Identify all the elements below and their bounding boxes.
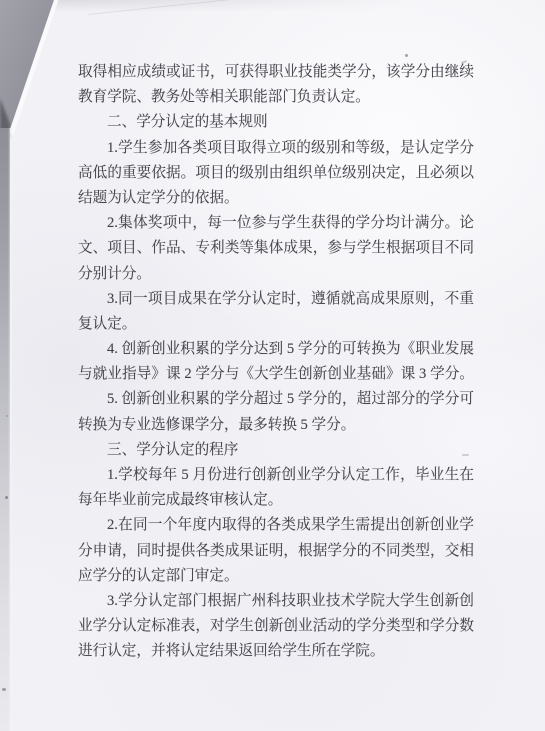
scan-speck: [405, 54, 408, 57]
document-line: 3.同一项目成果在学分认定时，遵循就高成果原则，不重: [78, 287, 474, 312]
document-line: 教育学院、教务处等相关职能部门负责认定。: [78, 85, 474, 110]
top-edge-shadow: [40, 0, 420, 12]
document-line: 5. 创新创业积累的学分超过 5 学分的，超过部分的学分可: [78, 387, 474, 412]
scanner-bed-corner: [0, 0, 54, 136]
document-line: 复认定。: [78, 312, 474, 337]
document-line: 高低的重要依据。项目的级别由组织单位级别决定，且必须以: [78, 161, 474, 186]
document-line: 每年毕业前完成最终审核认定。: [78, 488, 474, 513]
document-text-block: 取得相应成绩或证书，可获得职业技能类学分，该学分由继续教育学院、教务处等相关职能…: [78, 60, 474, 665]
document-line: 1.学校每年 5 月份进行创新创业学分认定工作，毕业生在: [78, 463, 474, 488]
scan-speck: [6, 415, 8, 417]
section-heading: 二、学分认定的基本规则: [78, 110, 474, 135]
document-line: 业学分认定标准表，对学生创新创业活动的学分类型和学分数: [78, 614, 474, 639]
document-line: 1.学生参加各类项目取得立项的级别和等级，是认定学分: [78, 136, 474, 161]
document-line: 进行认定，并将认定结果返回给学生所在学院。: [78, 639, 474, 664]
document-line: 文、项目、作品、专利类等集体成果，参与学生根据项目不同: [78, 236, 474, 261]
document-line: 分申请，同时提供各类成果证明，根据学分的不同类型，交相: [78, 539, 474, 564]
document-line: 与就业指导》课 2 学分与《大学生创新创业基础》课 3 学分。: [78, 362, 474, 387]
scan-speck: [5, 496, 8, 499]
left-edge-shadow: [0, 128, 10, 731]
scan-speck: [2, 688, 6, 691]
document-line: 结题为认定学分的依据。: [78, 186, 474, 211]
section-heading: 三、学分认定的程序: [78, 438, 474, 463]
document-line: 转换为专业选修课学分，最多转换 5 学分。: [78, 413, 474, 438]
document-line: 2.集体奖项中，每一位参与学生获得的学分均计满分。论: [78, 211, 474, 236]
document-line: 4. 创新创业积累的学分达到 5 学分的可转换为《职业发展: [78, 337, 474, 362]
scanned-document-page: 取得相应成绩或证书，可获得职业技能类学分，该学分由继续教育学院、教务处等相关职能…: [0, 0, 545, 731]
document-line: 3.学分认定部门根据广州科技职业技术学院大学生创新创: [78, 589, 474, 614]
document-line: 分别计分。: [78, 262, 474, 287]
document-line: 2.在同一个年度内取得的各类成果学生需提出创新创业学: [78, 513, 474, 538]
document-line: 取得相应成绩或证书，可获得职业技能类学分，该学分由继续: [78, 60, 474, 85]
document-line: 应学分的认定部门审定。: [78, 564, 474, 589]
